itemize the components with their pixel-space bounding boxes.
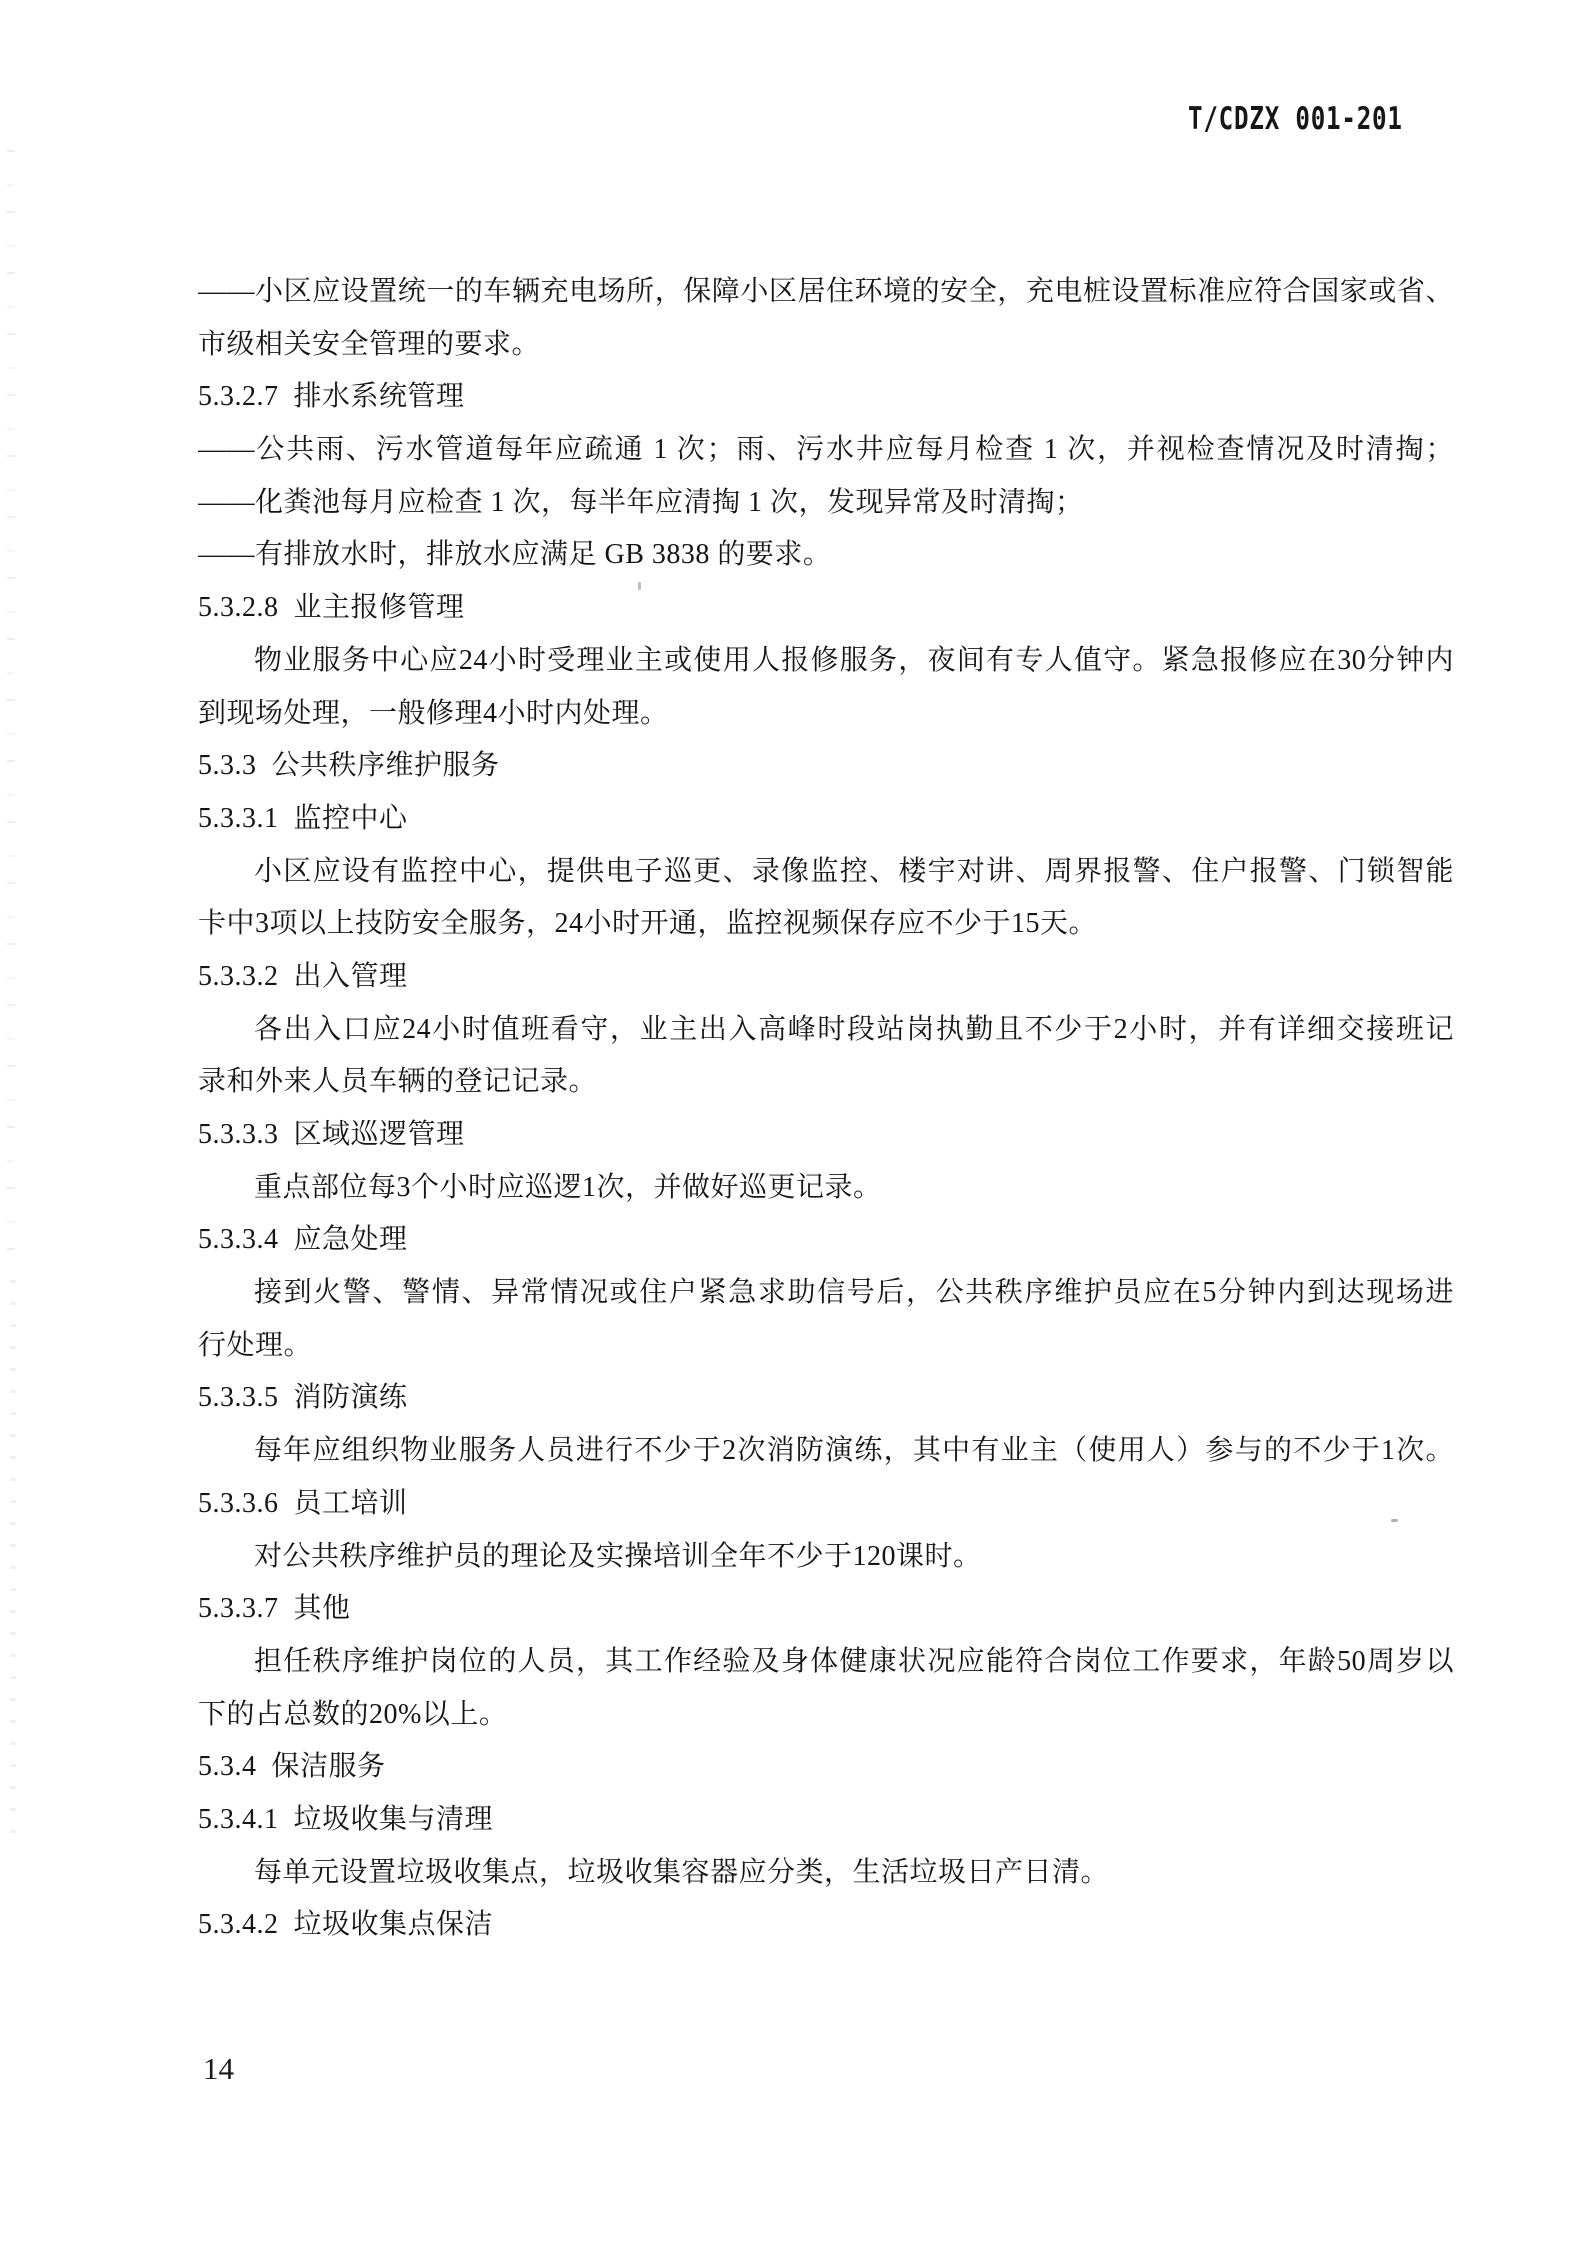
section-heading: 5.3.3.7 其他	[198, 1583, 1454, 1636]
scan-artifact	[7, 150, 15, 1250]
text-line: 行处理。	[198, 1320, 1454, 1373]
document-body: ——小区应设置统一的车辆充电场所，保障小区居住环境的安全，充电桩设置标准应符合国…	[198, 266, 1454, 1952]
section-heading: 5.3.4.2 垃圾收集点保洁	[198, 1899, 1454, 1952]
text-line: ——小区应设置统一的车辆充电场所，保障小区居住环境的安全，充电桩设置标准应符合国…	[198, 266, 1454, 319]
section-heading: 5.3.3.2 出入管理	[198, 951, 1454, 1004]
text-line: 物业服务中心应24小时受理业主或使用人报修服务，夜间有专人值守。紧急报修应在30…	[198, 635, 1454, 688]
text-line: 到现场处理，一般修理4小时内处理。	[198, 688, 1454, 741]
text-line: 小区应设有监控中心，提供电子巡更、录像监控、楼宇对讲、周界报警、住户报警、门锁智…	[198, 846, 1454, 899]
text-line: 对公共秩序维护员的理论及实操培训全年不少于120课时。	[198, 1531, 1454, 1584]
text-line: ——化粪池每月应检查 1 次，每半年应清掏 1 次，发现异常及时清掏；	[198, 477, 1454, 530]
section-heading: 5.3.2.8 业主报修管理	[198, 582, 1454, 635]
text-line: 接到火警、警情、异常情况或住户紧急求助信号后，公共秩序维护员应在5分钟内到达现场…	[198, 1267, 1454, 1320]
section-heading: 5.3.3.6 员工培训	[198, 1478, 1454, 1531]
scan-artifact	[10, 1280, 16, 1840]
text-line: 卡中3项以上技防安全服务，24小时开通，监控视频保存应不少于15天。	[198, 898, 1454, 951]
text-line: 担任秩序维护岗位的人员，其工作经验及身体健康状况应能符合岗位工作要求，年龄50周…	[198, 1636, 1454, 1689]
text-line: 每单元设置垃圾收集点，垃圾收集容器应分类，生活垃圾日产日清。	[198, 1847, 1454, 1900]
section-heading: 5.3.2.7 排水系统管理	[198, 371, 1454, 424]
section-heading: 5.3.3.5 消防演练	[198, 1372, 1454, 1425]
text-line: ——公共雨、污水管道每年应疏通 1 次；雨、污水井应每月检查 1 次，并视检查情…	[198, 424, 1454, 477]
text-line: 各出入口应24小时值班看守，业主出入高峰时段站岗执勤且不少于2小时，并有详细交接…	[198, 1004, 1454, 1057]
text-line: 每年应组织物业服务人员进行不少于2次消防演练，其中有业主（使用人）参与的不少于1…	[198, 1425, 1454, 1478]
text-line: ——有排放水时，排放水应满足 GB 3838 的要求。	[198, 529, 1454, 582]
page-number: 14	[203, 2051, 234, 2087]
text-line: 市级相关安全管理的要求。	[198, 319, 1454, 372]
document-page: T/CDZX 001-201 ——小区应设置统一的车辆充电场所，保障小区居住环境…	[0, 0, 1587, 2245]
section-heading: 5.3.4 保洁服务	[198, 1741, 1454, 1794]
text-line: 录和外来人员车辆的登记记录。	[198, 1056, 1454, 1109]
text-line: 下的占总数的20%以上。	[198, 1689, 1454, 1742]
section-heading: 5.3.3.4 应急处理	[198, 1214, 1454, 1267]
section-heading: 5.3.3.3 区域巡逻管理	[198, 1109, 1454, 1162]
document-code-header: T/CDZX 001-201	[1188, 101, 1403, 137]
section-heading: 5.3.3.1 监控中心	[198, 793, 1454, 846]
text-line: 重点部位每3个小时应巡逻1次，并做好巡更记录。	[198, 1162, 1454, 1215]
section-heading: 5.3.4.1 垃圾收集与清理	[198, 1794, 1454, 1847]
section-heading: 5.3.3 公共秩序维护服务	[198, 740, 1454, 793]
